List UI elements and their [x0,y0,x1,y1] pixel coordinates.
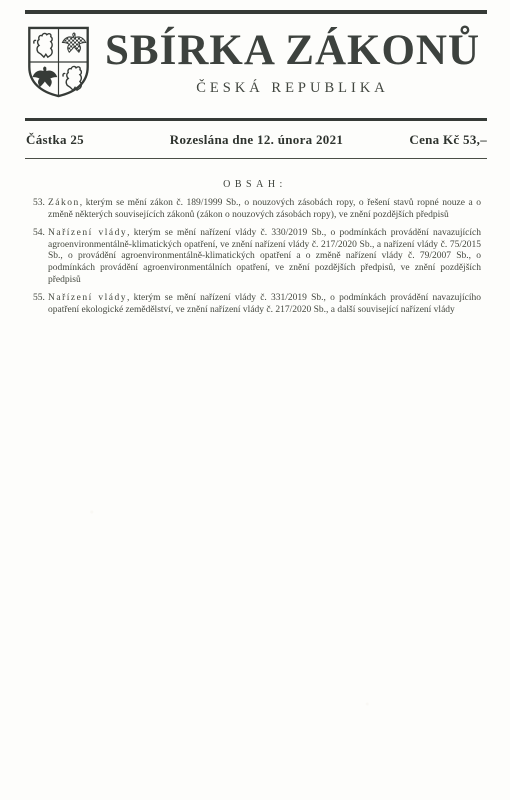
item-lead: Nařízení vlády [48,228,127,238]
masthead-rule [25,118,487,121]
masthead: SBÍRKA ZÁKONŮ ČESKÁ REPUBLIKA [95,28,490,97]
contents-item: 55. Nařízení vlády, kterým se mění naříz… [33,293,481,316]
contents-heading: OBSAH: [0,179,510,190]
contents-list: 53. Zákon, kterým se mění zákon č. 189/1… [33,198,481,323]
gazette-title-page: SBÍRKA ZÁKONŮ ČESKÁ REPUBLIKA Částka 25 … [0,0,510,800]
item-number: 54. [33,228,48,286]
item-text: Nařízení vlády, kterým se mění nařízení … [48,293,481,316]
czech-coat-of-arms-icon [27,26,90,98]
contents-item: 54. Nařízení vlády, kterým se mění naříz… [33,228,481,286]
item-lead: Nařízení vlády [48,293,127,303]
gazette-subtitle: ČESKÁ REPUBLIKA [95,80,490,97]
item-number: 55. [33,293,48,316]
item-number: 53. [33,198,48,221]
contents-item: 53. Zákon, kterým se mění zákon č. 189/1… [33,198,481,221]
issue-row-rule [25,158,487,159]
issue-number: Částka 25 [26,132,84,148]
item-text: Nařízení vlády, kterým se mění nařízení … [48,228,481,286]
top-rule [25,10,487,14]
item-rest: , kterým se mění zákon č. 189/1999 Sb., … [48,198,481,220]
price: Cena Kč 53,– [409,132,487,148]
gazette-title: SBÍRKA ZÁKONŮ [95,28,490,73]
issue-info-row: Částka 25 Rozeslána dne 12. února 2021 C… [26,132,487,148]
item-text: Zákon, kterým se mění zákon č. 189/1999 … [48,198,481,221]
distribution-date: Rozeslána dne 12. února 2021 [170,132,343,148]
item-lead: Zákon [48,198,80,208]
